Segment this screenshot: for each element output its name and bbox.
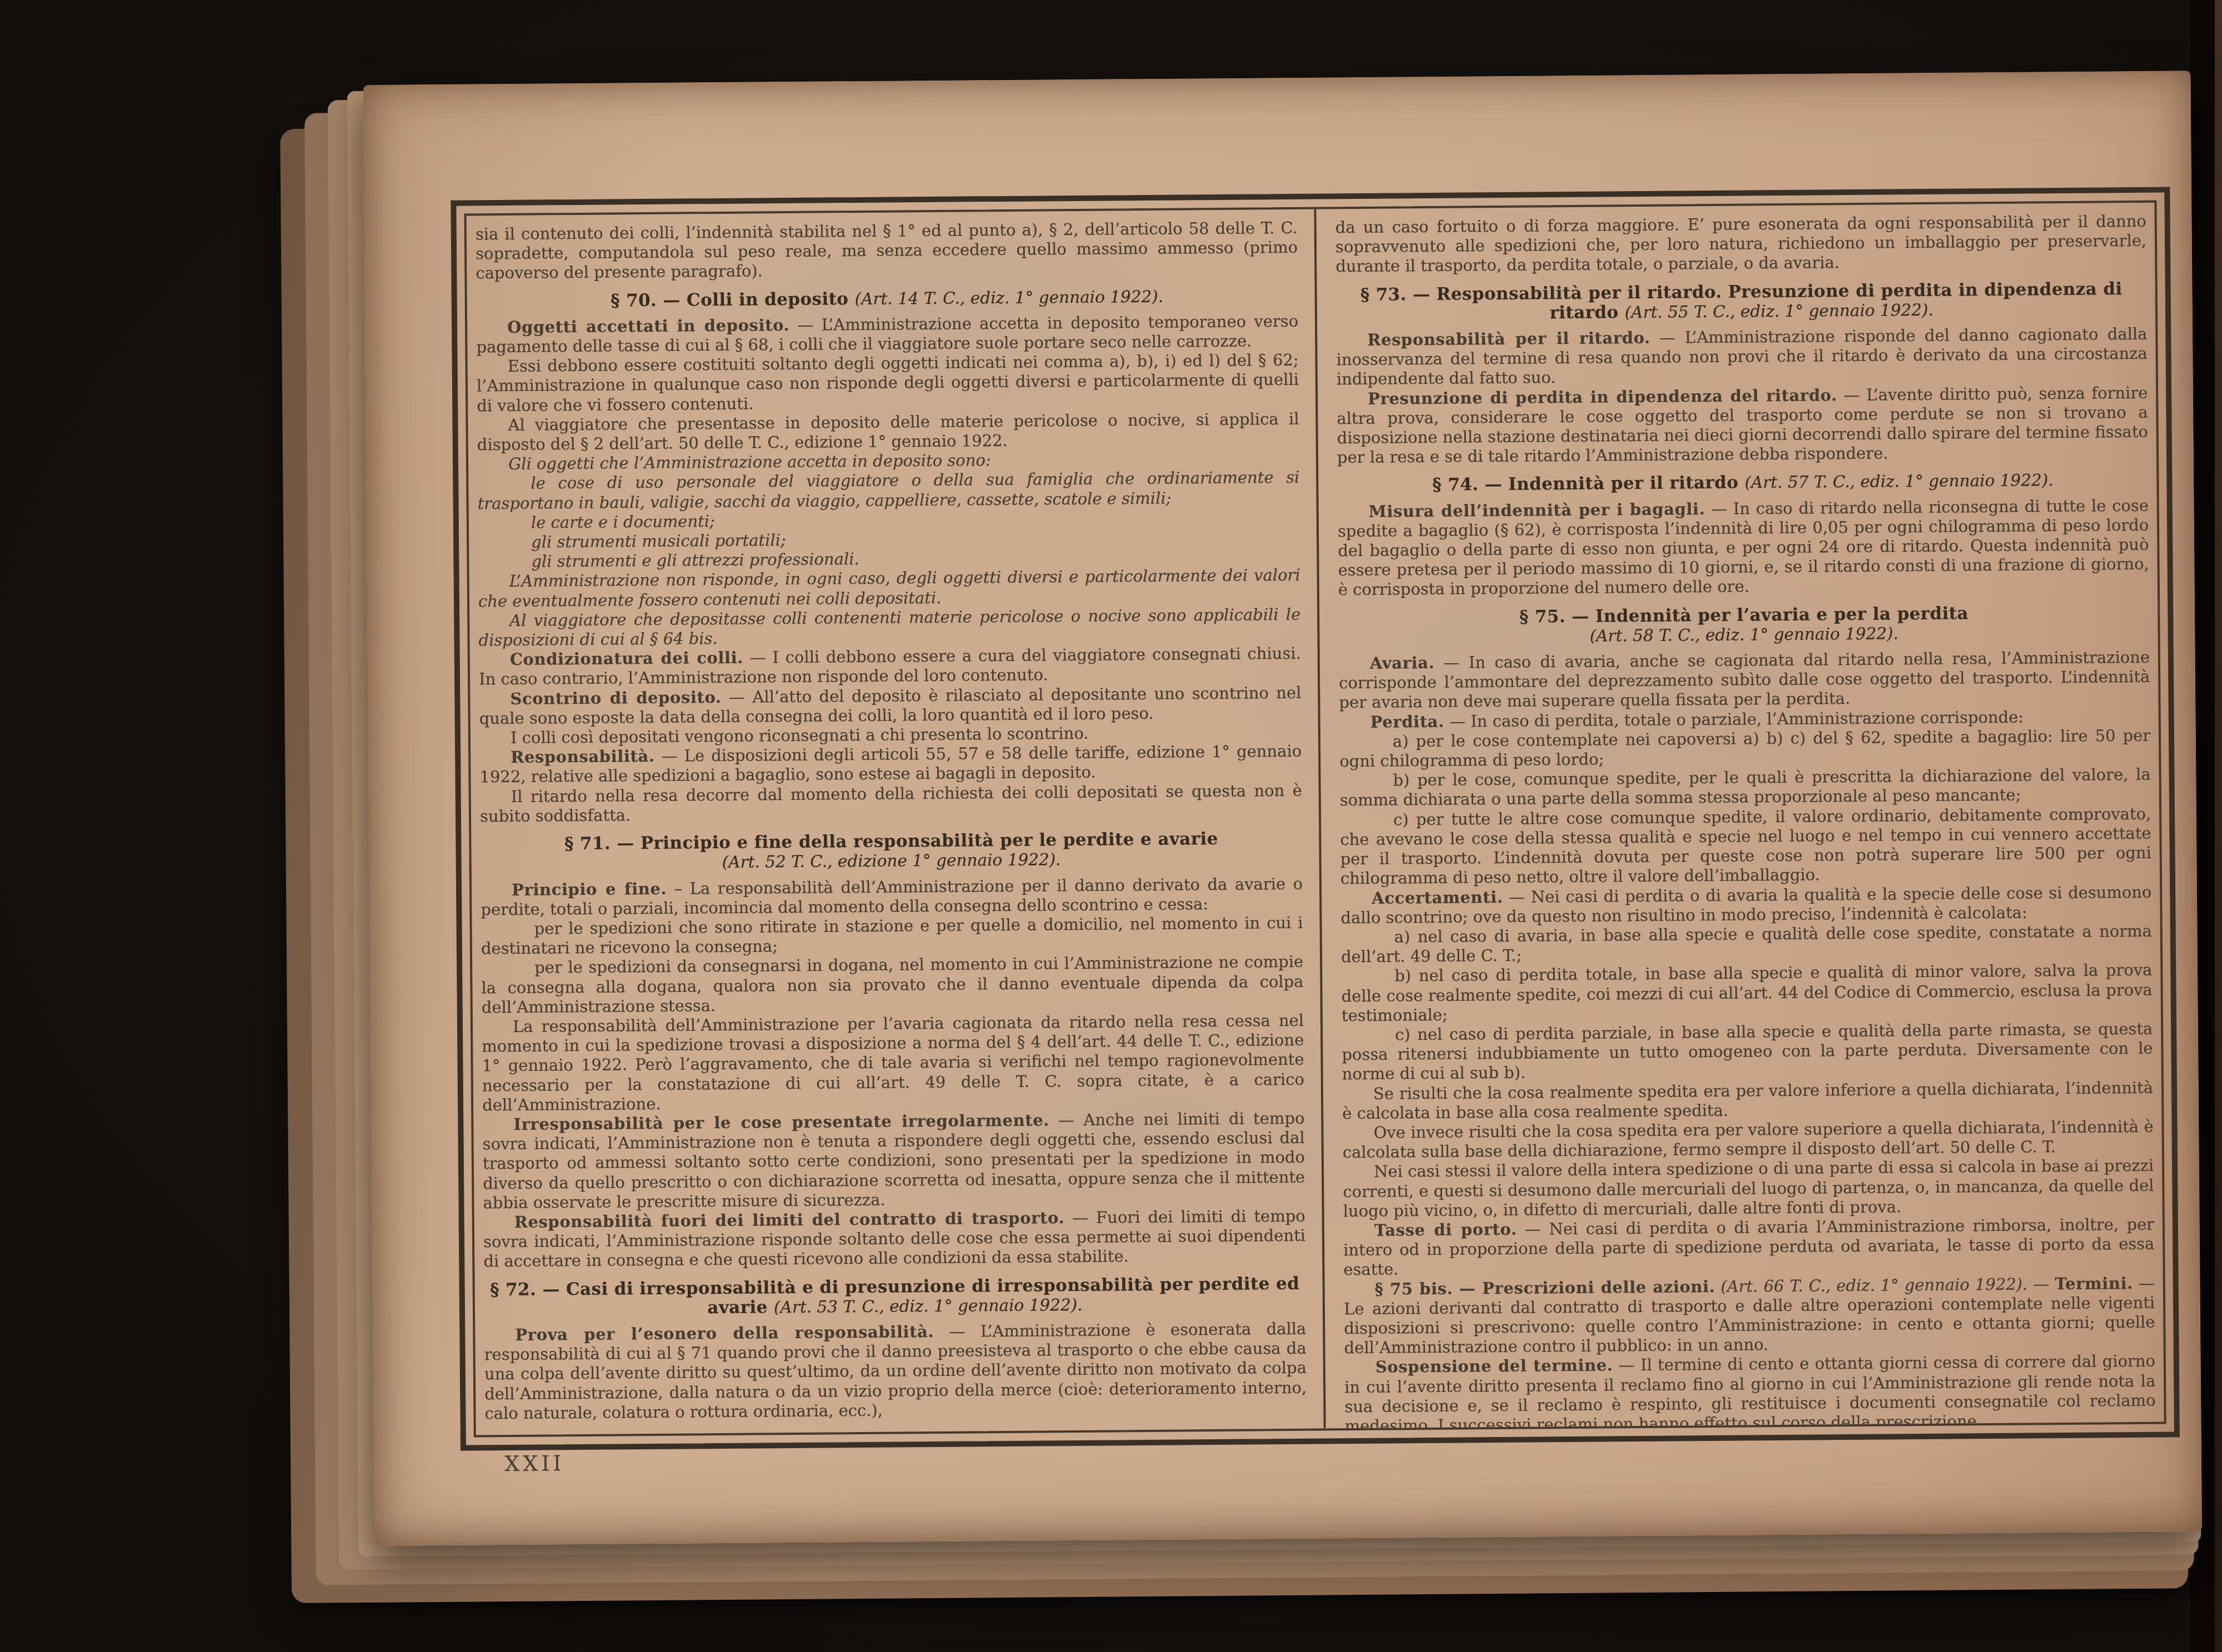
- paragraph: Accertamenti. — Nei casi di perdita o di…: [1340, 882, 2152, 928]
- paragraph: Condizionatura dei colli. — I colli debb…: [479, 644, 1302, 689]
- paragraph: Se risulti che la cosa realmente spedita…: [1342, 1078, 2154, 1123]
- paragraph: Misura dell’indennità per i bagagli. — I…: [1338, 495, 2149, 599]
- paragraph: Irresponsabilità per le cose presentate …: [482, 1109, 1305, 1213]
- section-heading-71: § 71. — Principio e fine della responsab…: [480, 829, 1303, 874]
- paragraph: Il ritardo nella resa decorre dal moment…: [480, 780, 1303, 826]
- paragraph: Avaria. — In caso di avaria, anche se ca…: [1339, 648, 2150, 713]
- left-column: sia il contenuto dei colli, l’indennità …: [476, 218, 1307, 1424]
- paragraph: Scontrino di deposito. — All’atto del de…: [479, 683, 1302, 728]
- paragraph: Responsabilità per il ritardo. — L’Ammin…: [1336, 324, 2148, 389]
- paragraph: Oggetti accettati in deposito. — L’Ammin…: [476, 312, 1299, 357]
- paragraph: Responsabilità. — Le disposizioni degli …: [479, 742, 1302, 787]
- page-number: XXII: [504, 1451, 564, 1476]
- book-cover-edge: [2215, 0, 2222, 1652]
- book: sia il contenuto dei colli, l’indennità …: [363, 71, 2203, 1546]
- list-item: c) nel caso di perdita parziale, in base…: [1342, 1019, 2153, 1084]
- list-item: a) nel caso di avaria, in base alla spec…: [1341, 922, 2153, 967]
- list-item: per le spedizioni da consegnarsi in doga…: [481, 952, 1304, 1017]
- paragraph: Sospensione del termine. — Il termine di…: [1344, 1351, 2156, 1436]
- right-column: da un caso fortuito o di forza maggiore.…: [1335, 212, 2156, 1436]
- list-item: c) per tutte le altre cose comunque sped…: [1340, 804, 2151, 888]
- list-item: le cose di uso personale del viaggiatore…: [477, 468, 1300, 513]
- paragraph: da un caso fortuito o di forza maggiore.…: [1335, 212, 2147, 277]
- paragraph: sia il contenuto dei colli, l’indennità …: [476, 218, 1298, 283]
- page-frame: sia il contenuto dei colli, l’indennità …: [464, 201, 2166, 1438]
- paragraph: Responsabilità fuori dei limiti del cont…: [483, 1207, 1306, 1271]
- paragraph: Essi debbono essere costituiti soltanto …: [477, 351, 1299, 415]
- paragraph: Nei casi stessi il valore della intera s…: [1343, 1156, 2154, 1221]
- paragraph: Al viaggiatore che presentasse in deposi…: [477, 409, 1299, 455]
- section-heading-70: § 70. — Colli in deposito (Art. 14 T. C.…: [476, 286, 1298, 312]
- paragraph-75bis: § 75 bis. — Prescrizioni delle azioni. (…: [1344, 1273, 2155, 1358]
- column-divider: [1314, 209, 1325, 1428]
- list-item: b) nel caso di perdita totale, in base a…: [1341, 960, 2153, 1025]
- scanned-book-page: sia il contenuto dei colli, l’indennità …: [363, 71, 2203, 1546]
- paragraph: Tasse di porto. — Nei casi di perdita o …: [1343, 1215, 2155, 1280]
- section-heading-73: § 73. — Responsabilità per il ritardo. P…: [1336, 279, 2148, 324]
- scan-background: sia il contenuto dei colli, l’indennità …: [0, 0, 2222, 1652]
- section-heading-72: § 72. — Casi di irresponsabilità e di pr…: [484, 1274, 1307, 1319]
- section-heading-74: § 74. — Indennità per il ritardo (Art. 5…: [1337, 470, 2148, 496]
- paragraph: Presunzione di perdita in dipendenza del…: [1337, 383, 2148, 467]
- list-item: a) per le cose contemplate nei capoversi…: [1339, 726, 2151, 772]
- list-item: per le spedizioni che sono ritirate in s…: [481, 913, 1303, 959]
- paragraph: Al viaggiatore che depositasse colli con…: [478, 605, 1301, 650]
- list-item: b) per le cose, comunque spedite, per le…: [1339, 765, 2151, 810]
- paragraph: La responsabilità dell’Amministrazione p…: [482, 1011, 1304, 1115]
- paragraph: Prova per l’esonero della responsabilità…: [484, 1319, 1307, 1424]
- paragraph: L’Amministrazione non risponde, in ogni …: [478, 565, 1301, 611]
- paragraph: Principio e fine. – La responsabilità de…: [481, 874, 1303, 919]
- section-heading-75: § 75. — Indennità per l’avaria e per la …: [1338, 602, 2150, 648]
- paragraph: Ove invece risulti che la cosa spedita e…: [1342, 1117, 2154, 1163]
